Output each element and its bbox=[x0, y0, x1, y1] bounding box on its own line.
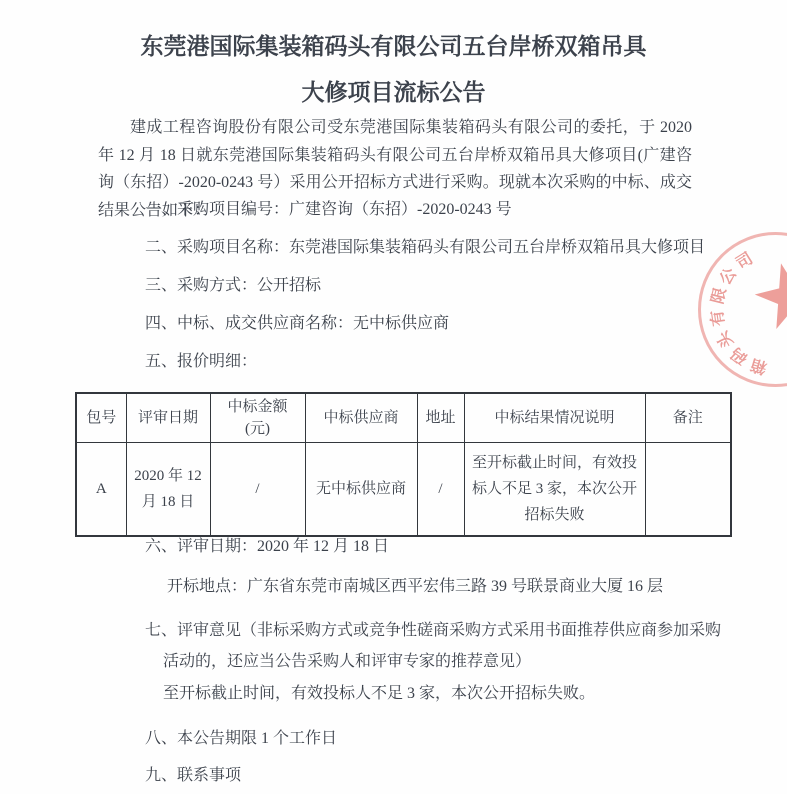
table-header-row: 包号 评审日期 中标金额 (元) 中标供应商 地址 中标结果情况说明 备注 bbox=[76, 393, 731, 443]
col-header-review-date: 评审日期 bbox=[126, 393, 210, 443]
item-review-opinion-line2: 活动的，还应当公告采购人和评审专家的推荐意见） bbox=[163, 652, 531, 672]
seal-char: 箱 bbox=[749, 355, 769, 375]
seal-ring bbox=[698, 232, 787, 387]
seal-char: 头 bbox=[715, 328, 737, 350]
seal-char: 码 bbox=[729, 344, 751, 366]
item-contact-matters: 九、联系事项 bbox=[145, 766, 241, 786]
seal-char: 公 bbox=[718, 266, 740, 288]
cell-package: A bbox=[76, 443, 126, 536]
col-header-package: 包号 bbox=[76, 393, 126, 443]
item-quotation-detail: 五、报价明细： bbox=[145, 352, 257, 372]
cell-address: / bbox=[417, 443, 464, 536]
seal-char: 司 bbox=[734, 251, 756, 273]
page-title-line1: 东莞港国际集装箱码头有限公司五台岸桥双箱吊具 bbox=[0, 24, 787, 70]
col-header-amount: 中标金额 (元) bbox=[210, 393, 305, 443]
cell-amount: / bbox=[210, 443, 305, 536]
item-announcement-period: 八、本公告期限 1 个工作日 bbox=[145, 729, 337, 749]
seal-char: 限 bbox=[710, 286, 729, 305]
company-seal: ★ 司 公 限 有 头 码 箱 bbox=[698, 232, 787, 387]
cell-result: 至开标截止时间，有效投标人不足 3 家，本次公开招标失败 bbox=[464, 443, 645, 536]
col-header-address: 地址 bbox=[417, 393, 464, 443]
item-project-name: 二、采购项目名称：东莞港国际集装箱码头有限公司五台岸桥双箱吊具大修项目 bbox=[145, 238, 705, 258]
bid-result-table: 包号 评审日期 中标金额 (元) 中标供应商 地址 中标结果情况说明 备注 A … bbox=[75, 392, 732, 537]
col-header-result: 中标结果情况说明 bbox=[464, 393, 645, 443]
col-header-supplier: 中标供应商 bbox=[305, 393, 417, 443]
item-review-date: 六、评审日期：2020 年 12 月 18 日 bbox=[145, 537, 389, 557]
item-opening-location: 开标地点：广东省东莞市南城区西平宏伟三路 39 号联景商业大厦 16 层 bbox=[167, 577, 663, 597]
item-review-opinion-line3: 至开标截止时间，有效投标人不足 3 家，本次公开招标失败。 bbox=[163, 684, 595, 704]
cell-remark bbox=[645, 443, 731, 536]
col-header-remark: 备注 bbox=[645, 393, 731, 443]
cell-supplier: 无中标供应商 bbox=[305, 443, 417, 536]
item-procurement-method: 三、采购方式：公开招标 bbox=[145, 276, 321, 296]
item-winning-supplier: 四、中标、成交供应商名称：无中标供应商 bbox=[145, 314, 449, 334]
seal-char: 有 bbox=[710, 309, 728, 327]
table-row: A 2020 年 12 月 18 日 / 无中标供应商 / 至开标截止时间，有效… bbox=[76, 443, 731, 536]
page-title-line2: 大修项目流标公告 bbox=[0, 70, 787, 116]
seal-star-icon: ★ bbox=[741, 245, 787, 347]
cell-review-date: 2020 年 12 月 18 日 bbox=[126, 443, 210, 536]
item-review-opinion-line1: 七、评审意见（非标采购方式或竞争性磋商采购方式采用书面推荐供应商参加采购 bbox=[145, 621, 721, 641]
item-project-number: 一、采购项目编号：广建咨询（东招）-2020-0243 号 bbox=[145, 200, 512, 220]
page-title: 东莞港国际集装箱码头有限公司五台岸桥双箱吊具 大修项目流标公告 bbox=[0, 24, 787, 116]
announcement-page: 东莞港国际集装箱码头有限公司五台岸桥双箱吊具 大修项目流标公告 建成工程咨询股份… bbox=[0, 0, 787, 794]
